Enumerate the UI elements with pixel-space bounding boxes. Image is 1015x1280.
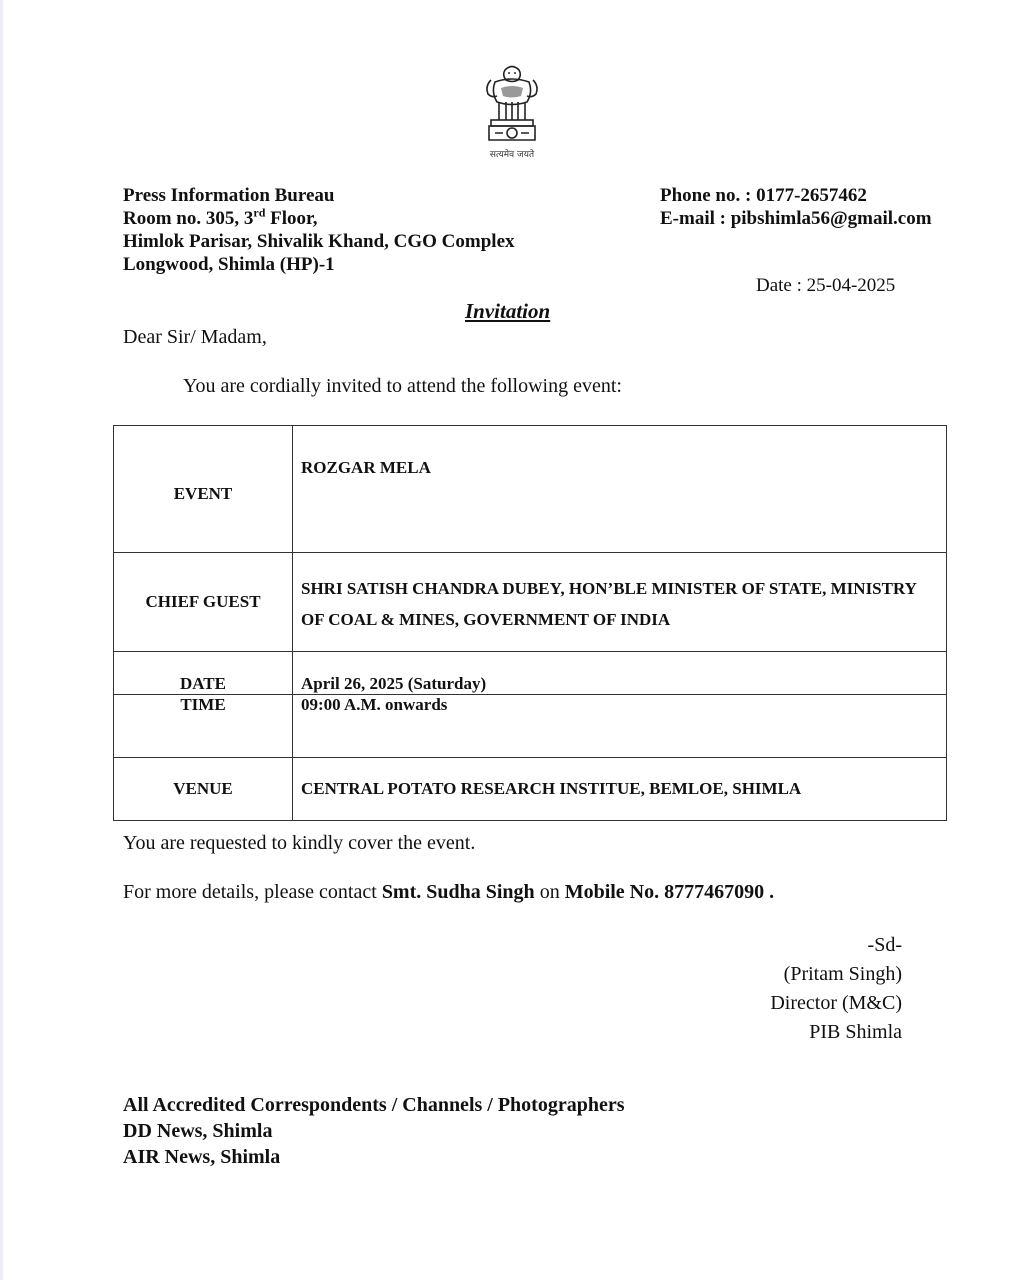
sender-address: Press Information Bureau Room no. 305, 3… — [123, 184, 515, 276]
national-emblem: सत्यमेव जयते — [474, 62, 550, 162]
contact-middle: on — [535, 881, 565, 903]
distribution-item: AIR News, Shimla — [123, 1144, 625, 1170]
salutation: Dear Sir/ Madam, — [123, 326, 267, 349]
phone-number: Phone no. : 0177-2657462 — [660, 184, 932, 207]
signatory-name: (Pritam Singh) — [770, 960, 902, 989]
signature-sd: -Sd- — [770, 931, 902, 960]
distribution-list: All Accredited Correspondents / Channels… — [123, 1092, 625, 1170]
sender-room: Room no. 305, 3rd Floor, — [123, 207, 515, 230]
table-row: VENUE CENTRAL POTATO RESEARCH INSTITUE, … — [114, 758, 947, 821]
contact-block: Phone no. : 0177-2657462 E-mail : pibshi… — [660, 184, 932, 230]
page-edge — [0, 0, 3, 1280]
event-details-table: EVENT ROZGAR MELA CHIEF GUEST SHRI SATIS… — [113, 425, 947, 821]
contact-mobile: Mobile No. 8777467090 . — [565, 881, 774, 903]
contact-line: For more details, please contact Smt. Su… — [123, 881, 774, 904]
signature-block: -Sd- (Pritam Singh) Director (M&C) PIB S… — [770, 931, 902, 1047]
row-label: CHIEF GUEST — [114, 553, 293, 652]
contact-person: Smt. Sudha Singh — [382, 881, 535, 903]
sender-line3: Himlok Parisar, Shivalik Khand, CGO Comp… — [123, 230, 515, 253]
row-value: April 26, 2025 (Saturday) — [293, 652, 947, 695]
request-line: You are requested to kindly cover the ev… — [123, 832, 475, 855]
sender-line4: Longwood, Shimla (HP)-1 — [123, 253, 515, 276]
row-value: CENTRAL POTATO RESEARCH INSTITUE, BEMLOE… — [293, 758, 947, 821]
signatory-office: PIB Shimla — [770, 1018, 902, 1047]
emblem-motto: सत्यमेव जयते — [474, 147, 550, 160]
email-address: E-mail : pibshimla56@gmail.com — [660, 207, 932, 230]
intro-line: You are cordially invited to attend the … — [183, 375, 622, 398]
row-value: ROZGAR MELA — [293, 426, 947, 553]
table-row: TIME 09:00 A.M. onwards — [114, 695, 947, 758]
table-row: DATE April 26, 2025 (Saturday) — [114, 652, 947, 695]
row-label: TIME — [114, 695, 293, 758]
contact-prefix: For more details, please contact — [123, 881, 382, 903]
distribution-item: DD News, Shimla — [123, 1118, 625, 1144]
row-label: VENUE — [114, 758, 293, 821]
signatory-designation: Director (M&C) — [770, 989, 902, 1018]
letter-date: Date : 25-04-2025 — [756, 275, 895, 297]
table-row: EVENT ROZGAR MELA — [114, 426, 947, 553]
letter-title: Invitation — [465, 299, 550, 324]
room-sup: rd — [253, 206, 265, 220]
distribution-item: All Accredited Correspondents / Channels… — [123, 1092, 625, 1118]
row-value: SHRI SATISH CHANDRA DUBEY, HON’BLE MINIS… — [293, 553, 947, 652]
row-value: 09:00 A.M. onwards — [293, 695, 947, 758]
sender-org: Press Information Bureau — [123, 184, 515, 207]
row-label: DATE — [114, 652, 293, 695]
national-emblem-icon — [479, 62, 545, 146]
room-rest: Floor, — [265, 208, 317, 229]
table-row: CHIEF GUEST SHRI SATISH CHANDRA DUBEY, H… — [114, 553, 947, 652]
room-text: Room no. 305, 3 — [123, 208, 253, 229]
row-label: EVENT — [114, 426, 293, 553]
